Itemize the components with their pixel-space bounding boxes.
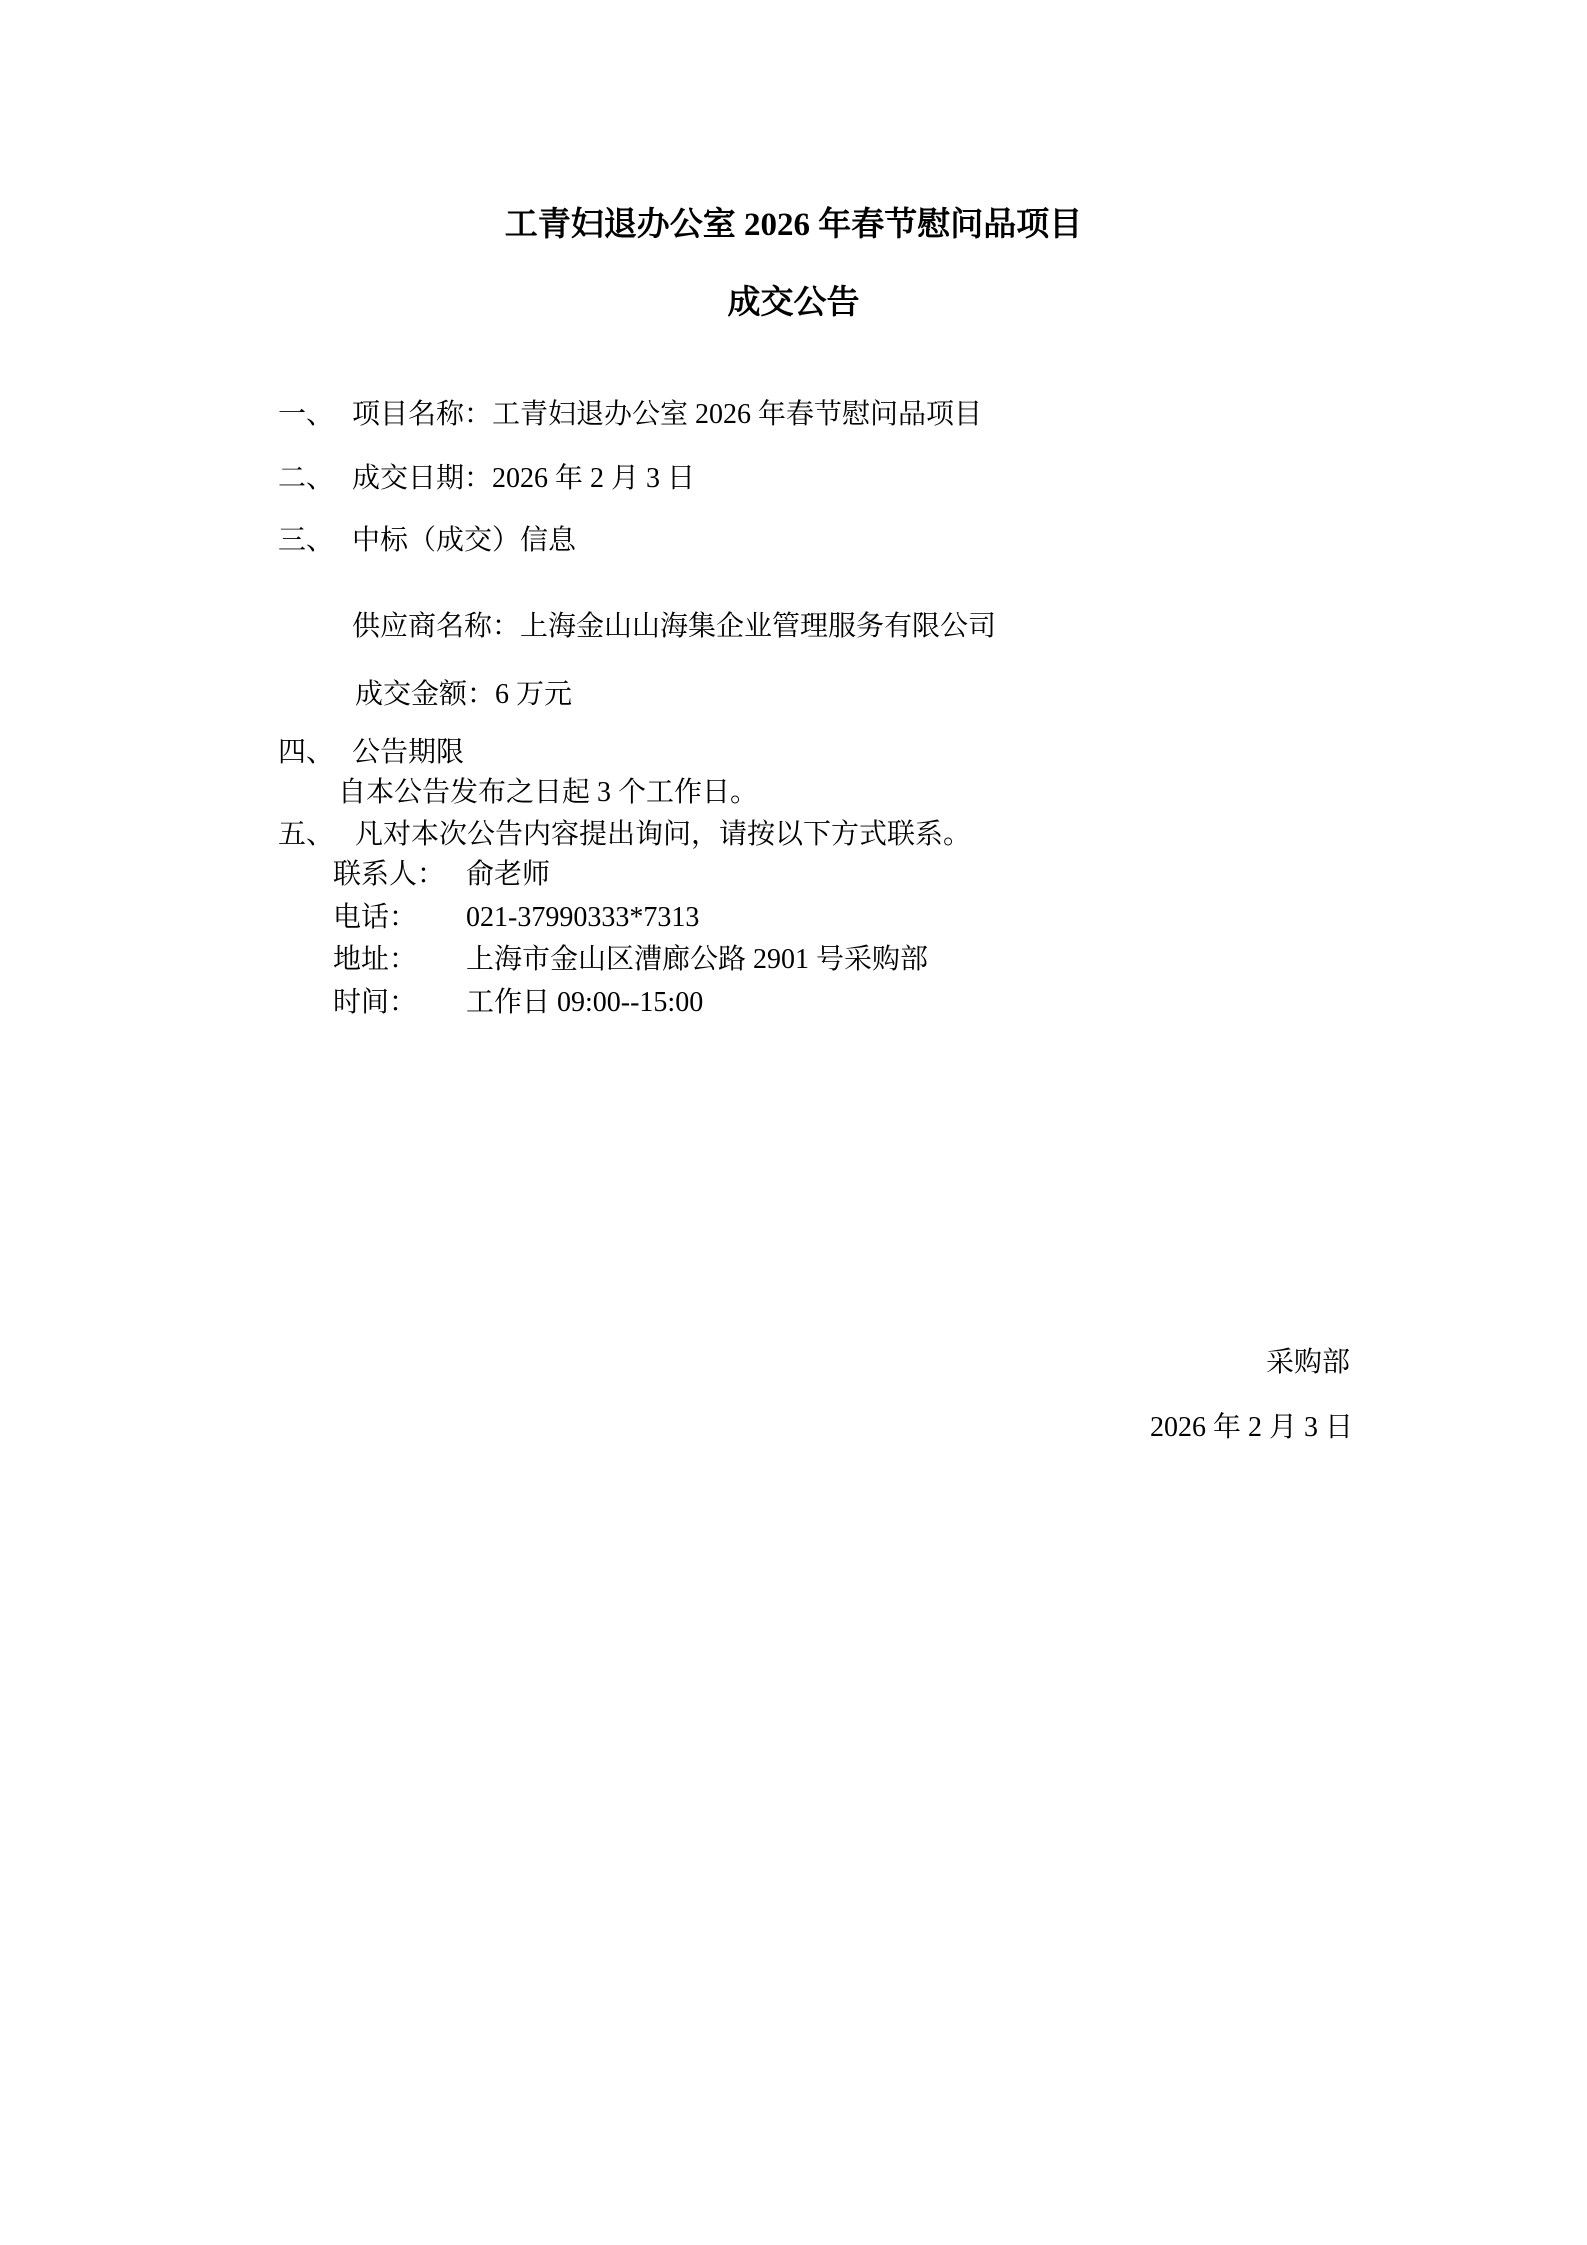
deal-amount-line: 成交金额：6 万元 — [355, 676, 572, 714]
contact-person-label: 联系人： — [333, 856, 466, 894]
time-row: 时间： 工作日 09:00--15:00 — [333, 984, 703, 1022]
list-item-1-text: 项目名称：工青妇退办公室 2026 年春节慰问品项目 — [352, 396, 982, 434]
signature-date: 2026 年 2 月 3 日 — [1150, 1409, 1353, 1447]
contact-person-row: 联系人： 俞老师 — [333, 856, 550, 894]
list-item-2-number: 二、 — [278, 460, 334, 498]
phone-label: 电话： — [333, 899, 466, 937]
list-item-3-text: 中标（成交）信息 — [352, 522, 576, 560]
phone-row: 电话： 021-37990333*7313 — [333, 899, 699, 937]
time-label: 时间： — [333, 984, 466, 1022]
document-page: 工青妇退办公室 2026 年春节慰问品项目 成交公告 一、 项目名称：工青妇退办… — [0, 0, 1587, 2245]
list-item-2-text: 成交日期：2026 年 2 月 3 日 — [352, 460, 695, 498]
document-subtitle: 成交公告 — [0, 282, 1587, 324]
announcement-period-line: 自本公告发布之日起 3 个工作日。 — [338, 774, 758, 812]
contact-person-value: 俞老师 — [466, 856, 550, 894]
list-item-4-text: 公告期限 — [352, 734, 464, 772]
phone-value: 021-37990333*7313 — [466, 899, 699, 937]
supplier-name-line: 供应商名称：上海金山山海集企业管理服务有限公司 — [352, 608, 996, 646]
address-label: 地址： — [333, 941, 466, 979]
signature-department: 采购部 — [1266, 1344, 1350, 1382]
list-item-3-number: 三、 — [278, 522, 334, 560]
address-value: 上海市金山区漕廊公路 2901 号采购部 — [466, 941, 928, 979]
time-value: 工作日 09:00--15:00 — [466, 984, 703, 1022]
list-item-5-number: 五、 — [278, 816, 334, 854]
list-item-5-text: 凡对本次公告内容提出询问，请按以下方式联系。 — [355, 816, 971, 854]
list-item-1-number: 一、 — [278, 396, 334, 434]
address-row: 地址： 上海市金山区漕廊公路 2901 号采购部 — [333, 941, 928, 979]
document-title: 工青妇退办公室 2026 年春节慰问品项目 — [0, 204, 1587, 246]
list-item-4-number: 四、 — [278, 734, 334, 772]
